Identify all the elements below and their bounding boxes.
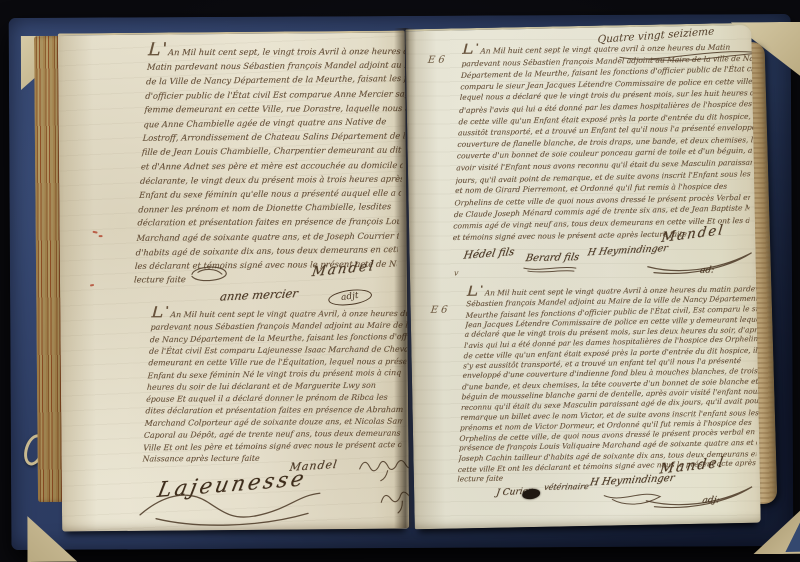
right-page: Quatre vingt seizieme E 6 L'An Mil huit … xyxy=(405,23,761,530)
signature-berard-fils: Berard fils xyxy=(525,252,580,264)
red-edge-mark xyxy=(99,235,103,237)
signature-title-adj-2: adj: xyxy=(702,495,721,505)
foundling-act-girard-pierremont: L'An Mil huit cent sept le vingt quatre … xyxy=(452,39,758,244)
signature-flourish-mandel-2 xyxy=(644,481,756,509)
hebrew-script-signature-2 xyxy=(376,477,409,517)
hebrew-script-signature xyxy=(358,454,410,483)
signature-anne-mercier: anne mercier xyxy=(219,286,299,304)
signature-title-ad-1: ad: xyxy=(699,265,715,275)
paraph-scribble xyxy=(186,264,232,286)
manuscript-line: L'An Mil huit cent sept le vingt quatre … xyxy=(151,305,409,321)
signature-underline-berard xyxy=(522,264,580,275)
birth-act-anne-chambielle: L'An Mil huit cent sept, le vingt trois … xyxy=(134,40,410,287)
manuscript-line: L'An Mil huit cent sept, le vingt trois … xyxy=(147,41,409,60)
signature-flourish-lajeunesse xyxy=(134,485,334,529)
red-edge-mark xyxy=(90,284,94,287)
margin-check-mark: v xyxy=(453,268,459,277)
red-edge-mark xyxy=(92,231,97,234)
manuscript-line: dites déclaration et présentation faites… xyxy=(145,404,404,417)
manuscript-line: et d'Anne Adnet ses père et mère est acc… xyxy=(140,158,403,174)
left-page: L'An Mil huit cent sept, le vingt trois … xyxy=(58,30,409,531)
signature-title-veterinaire: vétérinaire xyxy=(543,482,589,492)
manuscript-line: fille de Jean Louis Chambielle, Charpent… xyxy=(141,143,404,159)
manuscript-line: d'officier public de l'État civil Est co… xyxy=(145,86,408,102)
margin-mark-act1: E 6 xyxy=(427,55,445,66)
photograph-of-bound-register: L'An Mil huit cent sept, le vingt trois … xyxy=(0,0,800,562)
birth-act-ribca-lajeunesse: L'An Mil huit cent sept le vingt quatre … xyxy=(142,304,409,465)
manuscript-line: déclaration et présentation faites en pr… xyxy=(137,214,400,230)
signature-hedel-fils: Hédel fils xyxy=(463,246,516,262)
margin-mark-act2: E 6 xyxy=(430,305,448,316)
